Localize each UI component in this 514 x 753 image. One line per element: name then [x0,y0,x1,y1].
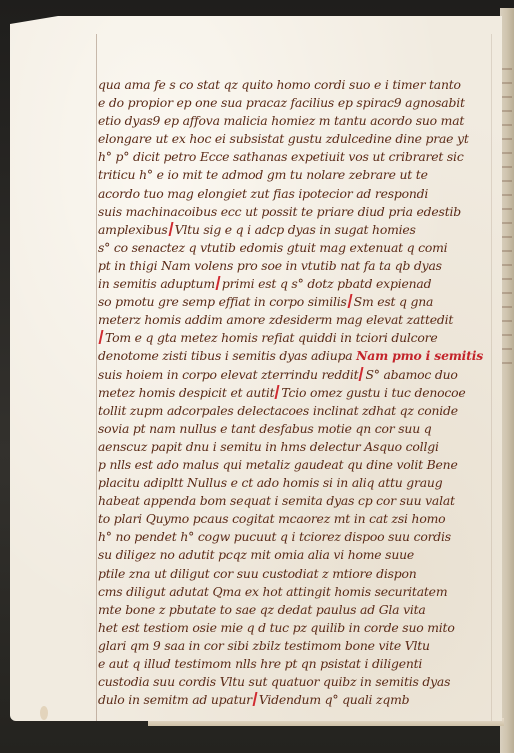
paragraph-mark-icon [252,692,257,706]
rubric-segment: Videndum q° quali zqmb [259,692,410,707]
line-text: e aut q illud testimom nlls hre pt qn ps… [98,656,422,671]
text-line: glari qm 9 saa in cor sibi zbilz testimo… [98,637,494,655]
paragraph-mark-icon [359,367,364,381]
rubric-segment: Vltu sig e q i adcp dyas in sugat homies [175,222,416,237]
parchment-stain [40,706,48,720]
text-line: cms diligut adutat Qma ex hot attingit h… [98,583,494,601]
text-line: Tom e q gta metez homis refiat quiddi in… [98,329,494,347]
line-text: aenscuz papit dnu i semitu in hms delect… [98,439,361,454]
line-text: habeat appenda bom sequat i semita dyas … [98,493,455,508]
rubric-segment: Vltu sut quatuor quibz in semitis dyas [220,674,451,689]
rubric-segment: Quymo pcaus cogitat mcaorez mt in cat zs… [146,511,446,526]
text-line: amplexibusVltu sig e q i adcp dyas in su… [98,221,494,239]
text-line: h° p° dicit petro Ecce sathanas expetiui… [98,148,494,166]
line-text: cms diligut adutat [98,584,209,599]
line-text: metez homis despicit et autit [98,385,274,400]
paragraph-mark-icon [275,385,280,399]
line-text: dulo in semitm ad upatur [98,692,252,707]
text-line: placitu adipltt Nullus e ct ado homis si… [98,474,494,492]
line-text: acordo tuo mag elongiet zut fias ipoteci… [98,186,428,201]
text-line: etio dyas9 ep affova malicia homiez m ta… [98,112,494,130]
text-line: su diligez no adutit pcqz mit omia alia … [98,546,494,564]
line-text: custodia suu cordis [98,674,216,689]
text-line: so pmotu gre semp effiat in corpo simili… [98,293,494,311]
line-text: denotome zisti tibus i semitis dyas adiu… [98,348,352,363]
rubric-segment: Sm est q gna [354,294,434,309]
line-text: h° p° dicit petro Ecce sathanas expetiui… [98,149,464,164]
text-line: sovia pt nam nullus e tant desfabus moti… [98,420,494,438]
facing-page-text-ghost [502,68,512,368]
rubric-segment: Bene [427,457,458,472]
line-text: glari qm 9 saa in cor sibi zbilz testimo… [98,638,401,653]
text-line: e do propior ep one sua pracaz facilius … [98,94,494,112]
line-text: mte bone z pbutate to sae qz dedat paulu… [98,602,375,617]
line-text: qua ama fe s co stat qz quito homo cordi… [98,77,461,92]
text-line: triticu h° e io mit te admod gm tu nolar… [98,166,494,184]
text-line: pt in thigi Nam volens pro soe in vtutib… [98,257,494,275]
rubric-segment: primi est q s° dotz pbatd expienad [222,276,431,291]
line-text: placitu adipltt [98,475,183,490]
text-line: meterz homis addim amore zdesiderm mag e… [98,311,494,329]
rubric-segment: Gla vita [379,602,426,617]
line-text: etio dyas9 ep affova malicia homiez m ta… [98,113,464,128]
line-text: meterz homis addim amore zdesiderm mag e… [98,312,453,327]
line-text: e do propior ep one sua pracaz facilius … [98,95,465,110]
text-line: dulo in semitm ad upaturVidendum q° qual… [98,691,494,709]
text-block: qua ama fe s co stat qz quito homo cordi… [98,76,494,709]
rubric-segment: Nullus e ct ado homis si in aliq attu gr… [187,475,442,490]
facing-page-edge [500,8,514,753]
line-text: in semitis aduptum [98,276,215,291]
paragraph-mark-icon [99,330,104,344]
line-text: het est testiom osie mie q d tuc pz quil… [98,620,455,635]
line-text: Tom e q gta metez homis refiat quiddi in… [105,330,437,345]
rubric-segment: Nam pmo i semitis [356,348,483,363]
text-line: h° no pendet h° cogw pucuut q i tciorez … [98,528,494,546]
line-text: elongare ut ex hoc ei subsistat gustu zd… [98,131,469,146]
text-line: het est testiom osie mie q d tuc pz quil… [98,619,494,637]
text-line: to plari Quymo pcaus cogitat mcaorez mt … [98,510,494,528]
text-line: acordo tuo mag elongiet zut fias ipoteci… [98,185,494,203]
line-text: tollit zupm adcorpales delectacoes incli… [98,403,458,418]
line-text: amplexibus [98,222,168,237]
text-line: s° co senactez q vtutib edomis gtuit mag… [98,239,494,257]
line-text: p nlls est ado malus qui metaliz gaudeat… [98,457,423,472]
line-text: h° no pendet h° cogw pucuut q i tciorez … [98,529,451,544]
text-line: denotome zisti tibus i semitis dyas adiu… [98,347,494,365]
line-text: ptile zna ut diligut cor suu custodiat z… [98,566,417,581]
line-text: suis machinacoibus ecc ut possit te pria… [98,204,461,219]
text-line: elongare ut ex hoc ei subsistat gustu zd… [98,130,494,148]
text-line: aenscuz papit dnu i semitu in hms delect… [98,438,494,456]
rubric-segment: S° abamoc duo [365,367,457,382]
text-line: habeat appenda bom sequat i semita dyas … [98,492,494,510]
text-line: mte bone z pbutate to sae qz dedat paulu… [98,601,494,619]
text-line: in semitis aduptumprimi est q s° dotz pb… [98,275,494,293]
paragraph-mark-icon [347,294,352,308]
text-line: qua ama fe s co stat qz quito homo cordi… [98,76,494,94]
rubric-segment: Asquo collgi [364,439,438,454]
line-text: so pmotu gre semp effiat in corpo simili… [98,294,347,309]
line-text: to plari [98,511,142,526]
line-text: sovia pt nam nullus e tant desfabus moti… [98,421,431,436]
text-line: ptile zna ut diligut cor suu custodiat z… [98,565,494,583]
text-line: suis hoiem in corpo elevat zterrindu red… [98,366,494,384]
rubric-segment: Qma ex hot attingit homis securitatem [212,584,447,599]
text-line: suis machinacoibus ecc ut possit te pria… [98,203,494,221]
text-line: p nlls est ado malus qui metaliz gaudeat… [98,456,494,474]
text-line: e aut q illud testimom nlls hre pt qn ps… [98,655,494,673]
manuscript-page: qua ama fe s co stat qz quito homo cordi… [10,16,502,721]
text-line: custodia suu cordis Vltu sut quatuor qui… [98,673,494,691]
line-text: suis hoiem in corpo elevat zterrindu red… [98,367,358,382]
text-line: tollit zupm adcorpales delectacoes incli… [98,402,494,420]
line-text: pt in thigi Nam volens pro soe in vtutib… [98,258,442,273]
rubric-segment: Vltu [405,638,430,653]
line-text: triticu h° e io mit te admod gm tu nolar… [98,167,428,182]
paragraph-mark-icon [168,222,173,236]
line-text: su diligez no adutit pcqz mit omia alia … [98,547,414,562]
line-text: s° co senactez q vtutib edomis gtuit mag… [98,240,447,255]
rubric-segment: Tcio omez gustu i tuc denocoe [281,385,465,400]
text-line: metez homis despicit et autitTcio omez g… [98,384,494,402]
paragraph-mark-icon [215,276,220,290]
left-margin-ruling [96,34,97,734]
